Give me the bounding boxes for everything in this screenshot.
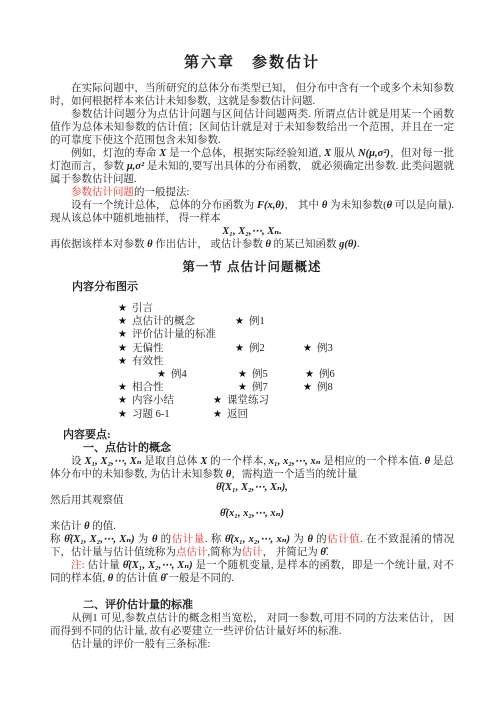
math-expression: μ,σ² <box>127 161 144 172</box>
math-expression: N(μ,σ²) <box>358 148 390 159</box>
toc-item-label: 例7 <box>252 382 268 393</box>
formula-estimate-value: θ̂(x₁, x₂,⋯, xₙ) <box>50 507 454 520</box>
toc-item-label: 例8 <box>317 382 333 393</box>
star-bullet-icon: ★ <box>118 382 127 393</box>
star-bullet-icon: ★ <box>118 343 127 354</box>
content-map-heading: 内容分布图示 <box>72 281 454 294</box>
text-run: 的 <box>157 534 171 545</box>
text-run: 例如，灯泡的寿命 <box>71 148 159 159</box>
toc-item: ★例5 <box>238 368 268 381</box>
toc-item: ★评价估计量的标准 <box>118 328 216 341</box>
star-bullet-icon: ★ <box>118 316 127 327</box>
toc-item: ★返回 <box>213 408 248 421</box>
toc-item-label: 无偏性 <box>132 343 164 354</box>
text-run: 为未知参数( <box>327 200 386 211</box>
text-run: . <box>357 239 360 250</box>
toc-row: ★点估计的概念★例1 <box>50 315 454 328</box>
paragraph-estimate-goal: 再依据该样本对参数 θ 作出估计， 或估计参数 θ 的某已知函数 g(θ). <box>50 238 454 251</box>
toc-item: ★无偏性 <box>118 342 163 355</box>
toc-row: ★引言 <box>50 302 454 315</box>
highlighted-term: 估计量 <box>172 534 205 545</box>
toc-row: ★评价估计量的标准 <box>50 328 454 341</box>
formula-estimator: θ̂(X₁, X₂,⋯, Xₙ), <box>50 481 454 494</box>
toc-item: ★例1 <box>235 315 265 328</box>
chapter-title: 第六章 参数估计 <box>50 54 454 72</box>
toc-item: ★例3 <box>303 342 333 355</box>
toc-item: ★例6 <box>305 368 335 381</box>
toc-item-label: 例1 <box>249 316 265 327</box>
toc-item-label: 评价估计量的标准 <box>132 329 216 340</box>
toc-item-label: 例3 <box>317 343 333 354</box>
text-run: 参数估计问题分为点估计问题与区间估计问题两类. 所谓点估计就是用某一个函数值作为… <box>50 109 454 146</box>
paragraph-intro-2: 参数估计问题分为点估计问题与区间估计问题两类. 所谓点估计就是用某一个函数值作为… <box>50 108 454 147</box>
toc-item-label: 例5 <box>252 369 268 380</box>
text-run: 从例1 可见,参数点估计的概念相当宽松， 对同一参数,可用不同的方法来估计， 因… <box>50 613 454 637</box>
paragraph-setup: 设有一个统计总体， 总体的分布函数为 F(x,θ)， 其中 θ 为未知参数(θ … <box>50 199 454 225</box>
paragraph-estimate-theta: 来估计 θ 的值. <box>50 520 454 533</box>
text-run: . <box>326 547 329 558</box>
text-run: 在实际问题中，当所研究的总体分布类型已知， 但分布中含有一个或多个未知参数时，如… <box>50 83 454 107</box>
star-bullet-icon: ★ <box>118 329 127 340</box>
highlighted-term: 点估计 <box>176 547 208 558</box>
text-run: ，需构造一个适当的统计量 <box>231 469 357 480</box>
math-expression: θ̂(X₁, X₂,⋯, Xₙ) <box>123 560 193 571</box>
text-run: ， 其中 <box>284 200 321 211</box>
paragraph-observed-value: 然后用其观察值 <box>50 494 454 507</box>
text-run: 为 <box>290 534 307 545</box>
star-bullet-icon: ★ <box>118 409 127 420</box>
text-run: 是相应的一个样本值. <box>321 456 425 467</box>
star-bullet-icon: ★ <box>213 409 222 420</box>
math-expression: F(x,θ) <box>257 200 284 211</box>
text-run: 设 <box>71 456 84 467</box>
highlighted-term: 注: <box>71 560 85 571</box>
toc-item: ★例4 <box>157 368 187 381</box>
toc-item-label: 点估计的概念 <box>132 316 195 327</box>
toc-row: ★相合性★例7★例8 <box>50 381 454 394</box>
toc-row: ★内容小结★课堂练习 <box>50 394 454 407</box>
toc-row: ★无偏性★例2★例3 <box>50 342 454 355</box>
text-run: 是取自总体 <box>142 456 201 467</box>
star-bullet-icon: ★ <box>118 303 127 314</box>
highlighted-term: 估计 <box>242 547 263 558</box>
section-title: 第一节 点估计问题概述 <box>50 259 454 275</box>
math-expression: θ̂(x₁, x₂,⋯, xₙ) <box>225 534 290 545</box>
math-expression: x₁, x₂,⋯, xₙ <box>269 456 321 467</box>
keypoints-heading: 内容要点: <box>63 429 454 442</box>
text-run: 是一个总体，根据实际经验知道, <box>166 148 324 159</box>
toc-item: ★相合性 <box>118 381 163 394</box>
toc-row: ★例4★例5★例6 <box>50 368 454 381</box>
toc-item-label: 引言 <box>132 303 153 314</box>
star-bullet-icon: ★ <box>303 382 312 393</box>
toc-item: ★例7 <box>238 381 268 394</box>
text-run: 一般是不同的. <box>166 573 234 584</box>
math-expression: θ̂(X₁, X₂,⋯, Xₙ) <box>64 534 134 545</box>
text-run: 作出估计， 或估计参数 <box>153 239 266 250</box>
paragraph-general-statement: 参数估计问题的一般提法: <box>50 186 454 199</box>
text-run: 的值. <box>90 521 116 532</box>
text-run: ， 并简记为 <box>263 547 321 558</box>
paragraph-note: 注: 估计量 θ̂(X₁, X₂,⋯, Xₙ) 是一个随机变量, 是样本的函数，… <box>50 559 454 585</box>
text-run: 的一般提法: <box>134 187 189 198</box>
math-expression: θ̂(X₁, X₂,⋯, Xₙ), <box>216 482 288 493</box>
text-run: 来估计 <box>50 521 84 532</box>
paragraph-intro-1: 在实际问题中，当所研究的总体分布类型已知， 但分布中含有一个或多个未知参数时，如… <box>50 82 454 108</box>
star-bullet-icon: ★ <box>238 369 247 380</box>
text-run: ,简称为 <box>208 547 242 558</box>
toc-item: ★例8 <box>303 381 333 394</box>
highlighted-term: 参数估计问题 <box>71 187 134 198</box>
math-expression: θ̂(x₁, x₂,⋯, xₙ) <box>220 508 284 519</box>
star-bullet-icon: ★ <box>213 395 222 406</box>
star-bullet-icon: ★ <box>235 316 244 327</box>
toc-item: ★点估计的概念 <box>118 315 195 328</box>
text-run: 的 <box>313 534 327 545</box>
text-run: 然后用其观察值 <box>50 495 124 506</box>
text-run: 的某已知函数 <box>271 239 339 250</box>
subsection-1-heading: 一、点估计的概念 <box>83 442 454 455</box>
text-run: 服从 <box>331 148 358 159</box>
paragraph-three-criteria: 估计量的评价一般有三条标准: <box>50 638 454 651</box>
math-expression: X₁, X₂,⋯, Xₙ <box>84 456 141 467</box>
toc-item-label: 内容小结 <box>132 395 174 406</box>
paragraph-point-estimate-def: 设 X₁, X₂,⋯, Xₙ 是取自总体 X 的一个样本, x₁, x₂,⋯, … <box>50 455 454 481</box>
text-run: 为 <box>135 534 152 545</box>
text-run: 估计量 <box>85 560 123 571</box>
star-bullet-icon: ★ <box>305 369 314 380</box>
toc-row: ★有效性 <box>50 355 454 368</box>
star-bullet-icon: ★ <box>303 343 312 354</box>
subsection-2-heading: 二、评价估计量的标准 <box>83 599 454 612</box>
star-bullet-icon: ★ <box>238 382 247 393</box>
toc-row: ★习题 6-1★返回 <box>50 408 454 421</box>
document-page: 第六章 参数估计 在实际问题中，当所研究的总体分布类型已知， 但分布中含有一个或… <box>0 0 500 707</box>
text-run: 称 <box>50 534 64 545</box>
toc-item-label: 习题 6-1 <box>132 409 170 420</box>
highlighted-term: 估计值 <box>327 534 360 545</box>
math-expression: X₁, X₂,⋯, Xₙ. <box>222 226 281 237</box>
page-content: 第六章 参数估计 在实际问题中，当所研究的总体分布类型已知， 但分布中含有一个或… <box>0 0 500 651</box>
toc-item-label: 课堂练习 <box>227 395 269 406</box>
star-bullet-icon: ★ <box>118 356 127 367</box>
paragraph-estimator-estimate: 称 θ̂(X₁, X₂,⋯, Xₙ) 为 θ 的估计量. 称 θ̂(x₁, x₂… <box>50 533 454 559</box>
content-map-list: ★引言★点估计的概念★例1★评价估计量的标准★无偏性★例2★例3★有效性★例4★… <box>50 302 454 421</box>
paragraph-criteria-intro: 从例1 可见,参数点估计的概念相当宽松， 对同一参数,可用不同的方法来估计， 因… <box>50 612 454 638</box>
text-run: . 称 <box>205 534 225 545</box>
text-run: 的一个样本, <box>207 456 268 467</box>
star-bullet-icon: ★ <box>157 369 166 380</box>
toc-item: ★引言 <box>118 302 153 315</box>
text-run: 设有一个统计总体， 总体的分布函数为 <box>71 200 257 211</box>
toc-item: ★内容小结 <box>118 394 174 407</box>
star-bullet-icon: ★ <box>118 395 127 406</box>
text-run: 再依据该样本对参数 <box>50 239 147 250</box>
toc-item: ★习题 6-1 <box>118 408 170 421</box>
toc-item-label: 相合性 <box>132 382 164 393</box>
paragraph-example: 例如，灯泡的寿命 X 是一个总体，根据实际经验知道, X 服从 N(μ,σ²)，… <box>50 147 454 186</box>
toc-item: ★有效性 <box>118 355 163 368</box>
formula-sample: X₁, X₂,⋯, Xₙ. <box>50 225 454 238</box>
toc-item-label: 例6 <box>319 369 335 380</box>
toc-item-label: 返回 <box>227 409 248 420</box>
text-run: 的估计值 <box>113 573 160 584</box>
toc-item-label: 有效性 <box>132 356 164 367</box>
star-bullet-icon: ★ <box>235 343 244 354</box>
toc-item: ★课堂练习 <box>213 394 269 407</box>
toc-item-label: 例2 <box>249 343 265 354</box>
toc-item: ★例2 <box>235 342 265 355</box>
text-run: 估计量的评价一般有三条标准: <box>71 639 210 650</box>
math-expression: g(θ) <box>339 239 357 250</box>
toc-item-label: 例4 <box>171 369 187 380</box>
